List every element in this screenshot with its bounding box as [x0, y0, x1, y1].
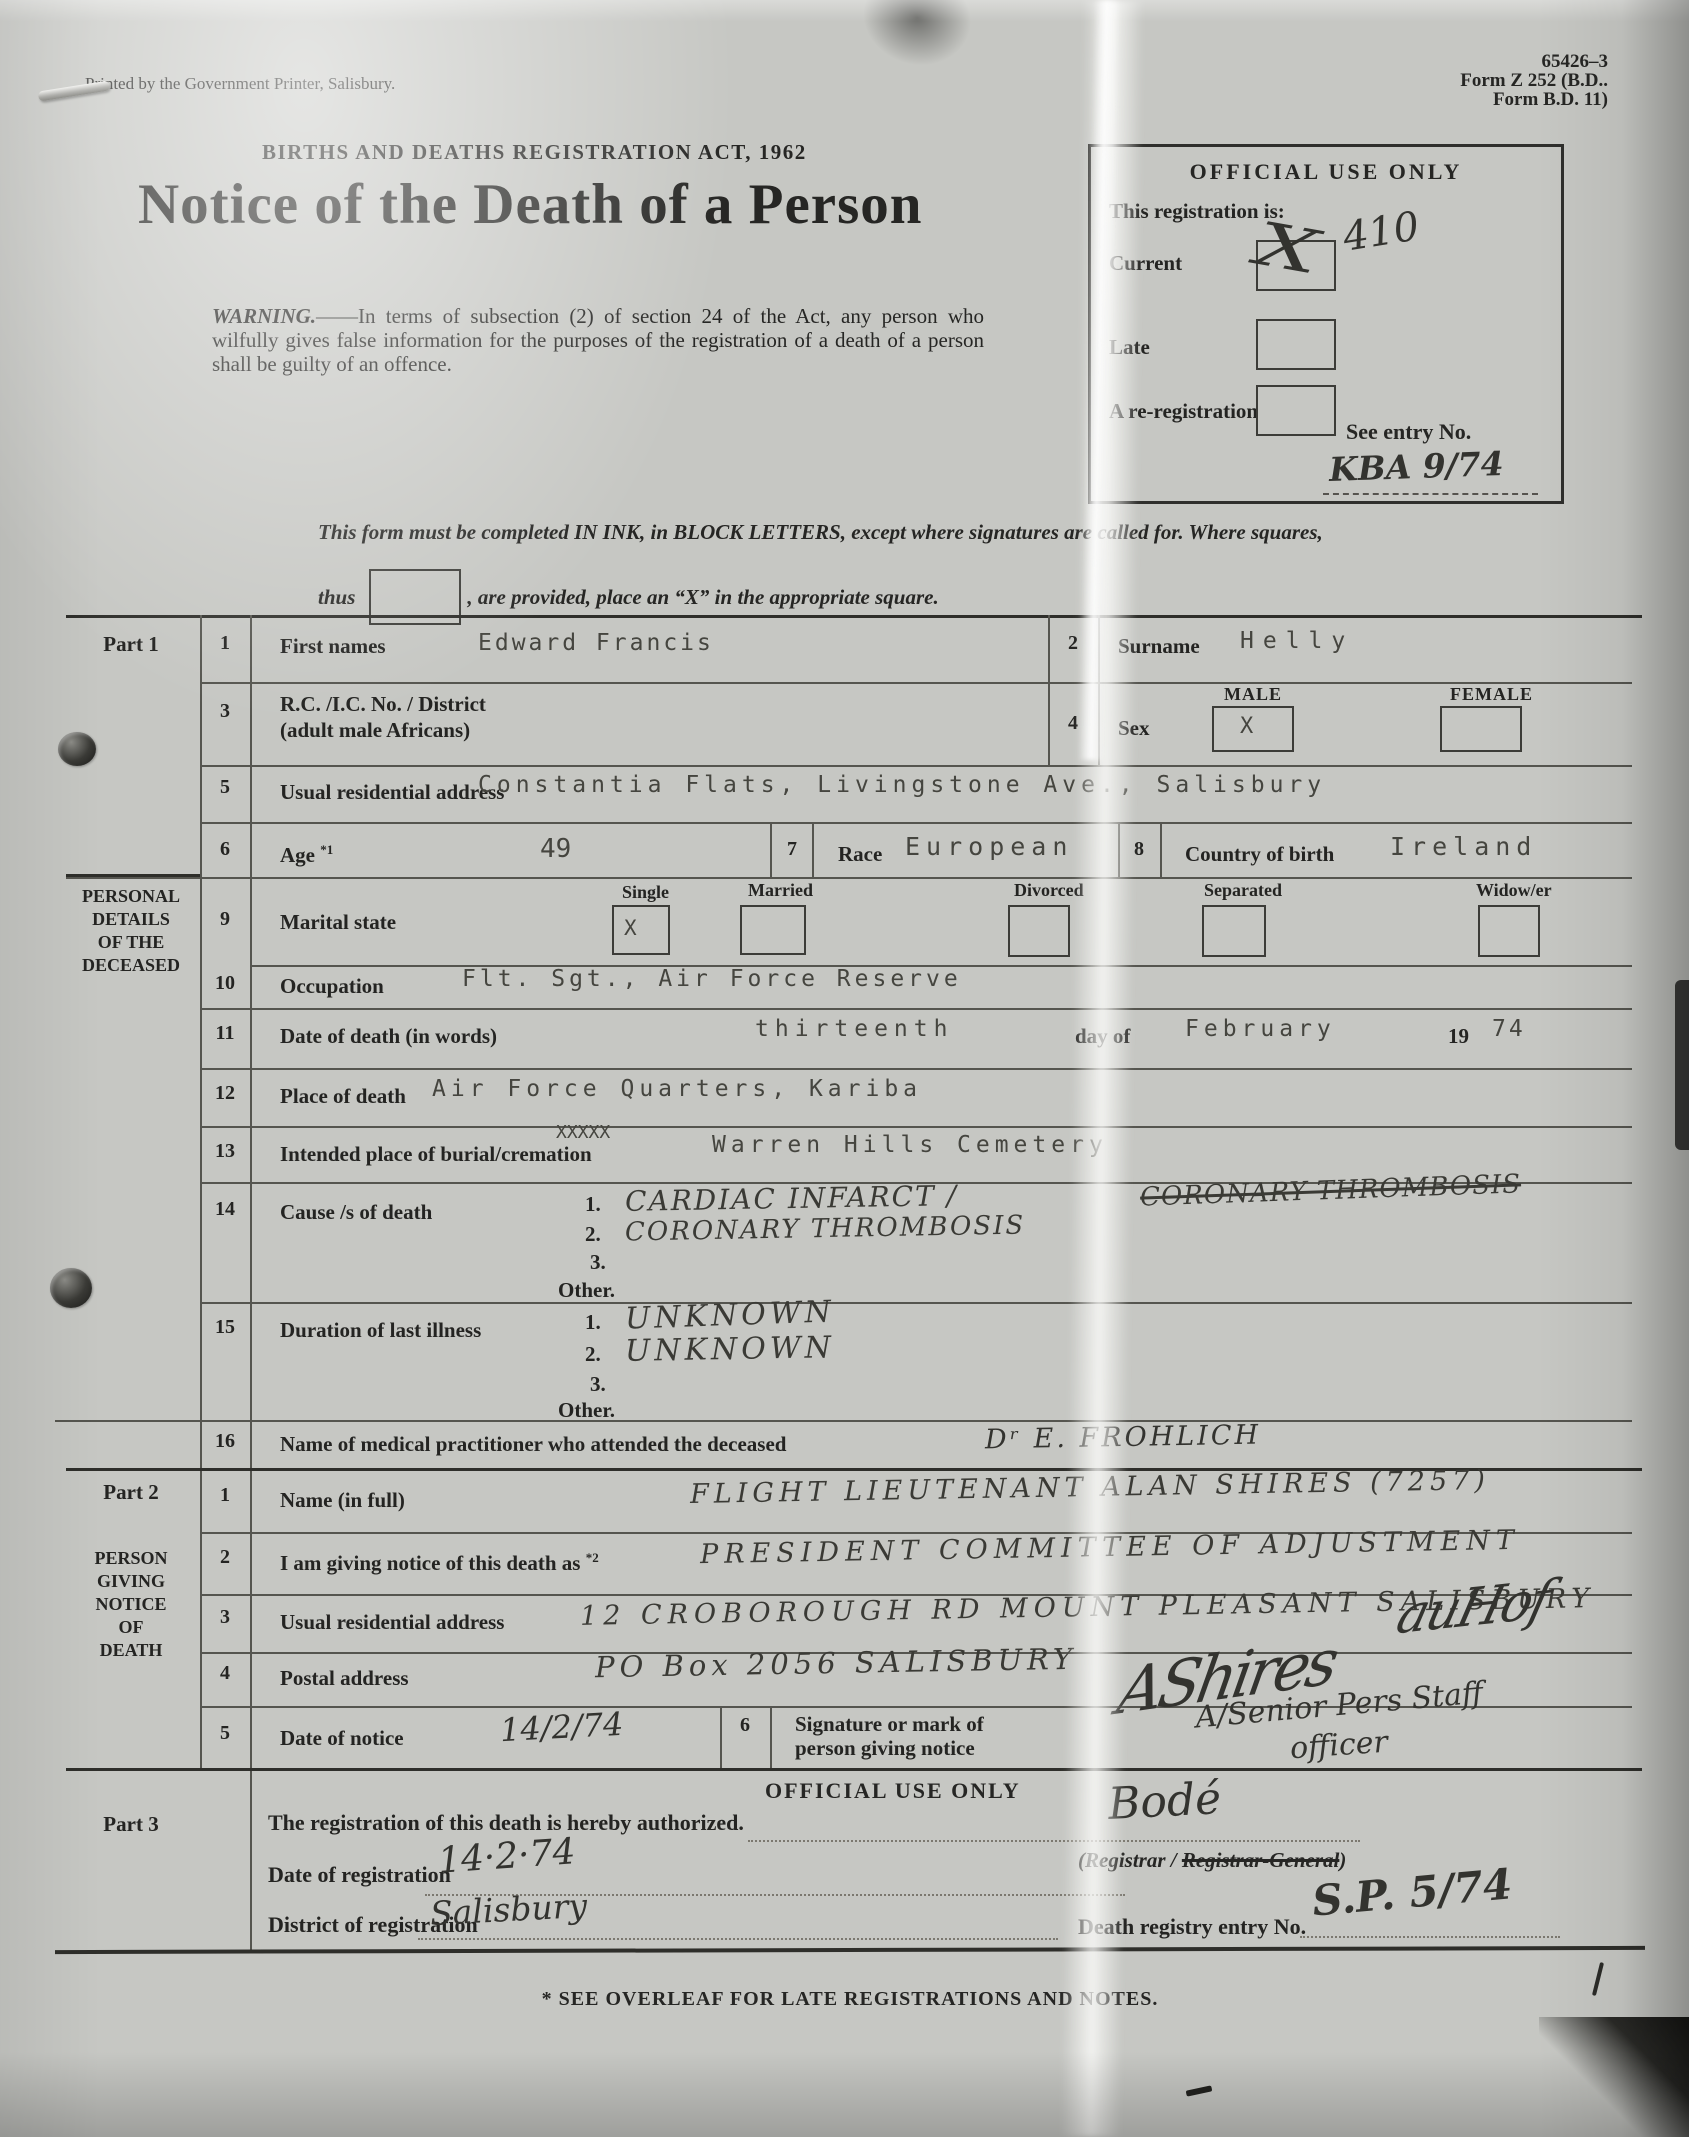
row-number: 6	[720, 1714, 770, 1737]
part1-section-label: OF THE	[62, 932, 200, 953]
pen-mark	[1592, 1962, 1604, 1996]
handwritten-number: 410	[1340, 203, 1423, 260]
notice-name-value[interactable]: FLIGHT LIEUTENANT ALAN SHIRES (7257)	[690, 1465, 1490, 1510]
signature-title-2: officer	[1289, 1725, 1389, 1767]
row-rule	[200, 1068, 1632, 1070]
printer-line: Printed by the Government Printer, Salis…	[85, 74, 395, 94]
row-number: 6	[200, 838, 250, 861]
registrar-caption-struck: Registrar-General	[1182, 1848, 1340, 1872]
female-label: FEMALE	[1450, 684, 1533, 705]
notice-name-label: Name (in full)	[280, 1488, 405, 1513]
row-number: 12	[200, 1082, 250, 1105]
widower-label: Widow/er	[1476, 880, 1552, 901]
row-rule	[55, 1420, 1632, 1422]
duration-item2-number: 2.	[585, 1342, 601, 1367]
date-of-death-label: Date of death (in words)	[280, 1024, 497, 1049]
table-top-rule	[66, 615, 1642, 618]
rc-ic-label-1: R.C. /I.C. No. / District	[280, 692, 486, 717]
official-use-title: OFFICIAL USE ONLY	[1091, 159, 1561, 185]
address-label: Usual residential address	[280, 780, 504, 805]
surname-label: Surname	[1118, 634, 1200, 659]
divorced-label: Divorced	[1014, 880, 1084, 901]
postal-address-value[interactable]: PO Box 2056 SALISBURY	[595, 1642, 1078, 1684]
notice-address-label: Usual residential address	[280, 1610, 504, 1635]
occupation-label: Occupation	[280, 974, 384, 999]
row-number: 11	[200, 1022, 250, 1045]
row-rule	[200, 1302, 1632, 1304]
duration-label: Duration of last illness	[280, 1318, 481, 1343]
entry-number-underline	[1323, 493, 1538, 495]
form-reference-block: 65426–3 Form Z 252 (B.D.. Form B.D. 11)	[1380, 52, 1608, 109]
second-signature: auHof	[1391, 1569, 1556, 1647]
cell-rule	[1098, 615, 1100, 765]
surname-value[interactable]: Helly	[1240, 628, 1354, 654]
row-number: 3	[200, 700, 250, 723]
see-entry-label: See entry No.	[1346, 419, 1471, 445]
row-rule	[200, 682, 1632, 684]
authorized-dotted-line	[748, 1840, 1360, 1842]
row-rule	[200, 1126, 1632, 1128]
cause-item2-value[interactable]: CORONARY THROMBOSIS	[625, 1211, 1026, 1248]
capacity-label: I am giving notice of this death as *2	[280, 1550, 599, 1576]
staple-mark	[38, 80, 111, 101]
date-of-death-month-value[interactable]: February	[1185, 1016, 1336, 1042]
age-label: Age *1	[280, 842, 333, 868]
row-number: 15	[200, 1316, 250, 1339]
occupation-value[interactable]: Flt. Sgt., Air Force Reserve	[462, 966, 962, 992]
cause-item1-struck-value: CORONARY THROMBOSIS	[1140, 1169, 1522, 1212]
form-ref-number: 65426–3	[1380, 52, 1608, 71]
registrar-caption-open: (Registrar /	[1078, 1848, 1177, 1872]
late-label: Late	[1109, 335, 1150, 360]
current-label: Current	[1109, 251, 1182, 276]
table-bottom-rule	[55, 1946, 1645, 1954]
cause-item1-number: 1.	[585, 1192, 601, 1217]
row-number: 5	[200, 776, 250, 799]
row-rule	[200, 1008, 1632, 1010]
registrar-caption: (Registrar / Registrar-General)	[1078, 1848, 1346, 1873]
registrar-signature[interactable]: Bodé	[1107, 1773, 1223, 1830]
row-rule	[200, 765, 1632, 767]
male-label: MALE	[1224, 684, 1282, 705]
row-number: 14	[200, 1198, 250, 1221]
race-value[interactable]: European	[905, 832, 1073, 861]
death-registry-entry-label: Death registry entry No.	[1078, 1914, 1306, 1940]
scan-edge-mark	[1675, 980, 1689, 1150]
capacity-label-text: I am giving notice of this death as	[280, 1551, 580, 1575]
reregistration-checkbox[interactable]	[1256, 385, 1336, 436]
section-rule-left	[66, 874, 200, 877]
part2-section-label: OF	[62, 1617, 200, 1638]
postal-address-label: Postal address	[280, 1666, 409, 1691]
race-label: Race	[838, 842, 882, 867]
age-footnote: *1	[320, 842, 333, 857]
part3-label: Part 3	[62, 1812, 200, 1837]
part1-section-label: PERSONAL	[62, 886, 200, 907]
year-19-label: 19	[1448, 1024, 1469, 1049]
place-of-death-value[interactable]: Air Force Quarters, Kariba	[432, 1076, 922, 1102]
instruction-thus: thus	[318, 585, 355, 610]
instruction-line2: , are provided, place an “X” in the appr…	[467, 585, 938, 610]
late-checkbox[interactable]	[1256, 319, 1336, 370]
hole-punch-bottom	[50, 1268, 92, 1308]
row-rule	[200, 822, 1632, 824]
part1-section-label: DECEASED	[62, 955, 200, 976]
signature-label-2: person giving notice	[795, 1736, 975, 1761]
part2-section-label: DEATH	[62, 1640, 200, 1661]
hole-punch-top	[58, 732, 96, 766]
rc-ic-label-2: (adult male Africans)	[280, 718, 470, 743]
number-column-rule	[250, 615, 252, 1952]
first-names-value[interactable]: Edward Francis	[478, 630, 714, 656]
part1-label: Part 1	[62, 632, 200, 657]
row-number: 2	[1048, 632, 1098, 655]
burial-value[interactable]: Warren Hills Cemetery	[712, 1132, 1108, 1158]
registration-is-label: This registration is:	[1109, 199, 1285, 224]
scanned-death-notice-form: Printed by the Government Printer, Salis…	[0, 0, 1689, 2137]
cell-rule	[770, 1706, 772, 1768]
single-checkbox[interactable]	[612, 905, 670, 955]
signature-label-1: Signature or mark of	[795, 1712, 984, 1737]
part1-section-label: DETAILS	[62, 909, 200, 930]
cause-item2-number: 2.	[585, 1222, 601, 1247]
registrar-caption-close: )	[1339, 1848, 1346, 1872]
row-rule	[66, 877, 1632, 879]
duration-other-label: Other.	[558, 1398, 615, 1423]
part3-top-rule	[66, 1768, 1642, 1771]
row-number: 7	[767, 838, 817, 861]
duration-item1-number: 1.	[585, 1310, 601, 1335]
single-label: Single	[622, 882, 669, 903]
address-value[interactable]: Constantia Flats, Livingstone Ave., Sali…	[478, 772, 1326, 798]
row-number: 1	[200, 632, 250, 655]
single-checkbox-mark: X	[624, 916, 637, 940]
row-number: 10	[200, 972, 250, 995]
divorced-checkbox[interactable]	[1008, 905, 1070, 957]
current-checkbox-mark: X	[1251, 209, 1324, 289]
row-number: 4	[1048, 712, 1098, 735]
scan-corner-dark	[1539, 2017, 1689, 2137]
form-number-2: Form B.D. 11)	[1380, 90, 1608, 109]
scan-shadow-top	[850, 0, 984, 80]
authorized-label: The registration of this death is hereby…	[268, 1810, 744, 1836]
duration-item2-value[interactable]: UNKNOWN	[625, 1330, 835, 1369]
date-of-notice-label: Date of notice	[280, 1726, 404, 1751]
country-of-birth-value[interactable]: Ireland	[1390, 832, 1537, 861]
female-checkbox[interactable]	[1440, 706, 1522, 752]
row-number: 5	[200, 1722, 250, 1745]
male-checkbox-mark: X	[1240, 714, 1253, 739]
district-dotted-line	[418, 1938, 1058, 1940]
act-title: BIRTHS AND DEATHS REGISTRATION ACT, 1962	[262, 140, 807, 165]
cause-item3-number: 3.	[590, 1250, 606, 1275]
date-of-death-day-value[interactable]: thirteenth	[755, 1016, 953, 1042]
widower-checkbox[interactable]	[1478, 905, 1540, 957]
warning-text: ——In terms of subsection (2) of section …	[212, 304, 984, 376]
row-number: 9	[200, 908, 250, 931]
row-number: 13	[200, 1140, 250, 1163]
place-of-death-label: Place of death	[280, 1084, 406, 1109]
district-of-registration-value[interactable]: Salisbury	[429, 1886, 588, 1933]
warning-lead: WARNING.	[212, 304, 316, 328]
row-number: 1	[200, 1484, 250, 1507]
married-checkbox[interactable]	[740, 905, 806, 955]
capacity-footnote: *2	[586, 1550, 599, 1565]
part3-official-title: OFFICIAL USE ONLY	[765, 1778, 1021, 1804]
practitioner-label: Name of medical practitioner who attende…	[280, 1432, 786, 1457]
warning-paragraph: WARNING.——In terms of subsection (2) of …	[212, 304, 984, 376]
age-label-text: Age	[280, 843, 315, 867]
date-of-notice-value[interactable]: 14/2/74	[499, 1705, 624, 1749]
official-use-box: OFFICIAL USE ONLY This registration is: …	[1088, 144, 1564, 504]
day-of-label: day of	[1075, 1024, 1130, 1049]
part2-section-label: PERSON	[62, 1548, 200, 1569]
age-value[interactable]: 49	[540, 834, 571, 864]
married-label: Married	[748, 880, 813, 901]
reregistration-label: A re-registration	[1109, 399, 1258, 424]
cause-other-label: Other.	[558, 1278, 615, 1303]
date-of-death-year-value[interactable]: 74	[1492, 1016, 1526, 1042]
pen-mark-bottom	[1186, 2085, 1213, 2096]
row-number: 2	[200, 1546, 250, 1569]
row-number: 4	[200, 1662, 250, 1685]
burial-overstrike: XXXXX	[556, 1122, 610, 1143]
part2-label: Part 2	[62, 1480, 200, 1505]
entry-dotted-line	[1300, 1936, 1560, 1938]
burial-label: Intended place of burial/cremation	[280, 1142, 592, 1167]
page-title: Notice of the Death of a Person	[138, 172, 922, 237]
footer-note: * SEE OVERLEAF FOR LATE REGISTRATIONS AN…	[370, 1988, 1330, 2011]
marital-state-label: Marital state	[280, 910, 396, 935]
first-names-label: First names	[280, 634, 386, 659]
row-number: 8	[1114, 838, 1164, 861]
country-of-birth-label: Country of birth	[1185, 842, 1334, 867]
sex-label: Sex	[1118, 716, 1150, 741]
practitioner-value[interactable]: Dʳ E. FROHLICH	[985, 1420, 1262, 1456]
part2-section-label: NOTICE	[62, 1594, 200, 1615]
cause-of-death-label: Cause /s of death	[280, 1200, 432, 1225]
part2-section-label: GIVING	[62, 1571, 200, 1592]
date-of-registration-value[interactable]: 14·2·74	[437, 1831, 577, 1881]
separated-label: Separated	[1204, 880, 1282, 901]
duration-item3-number: 3.	[590, 1372, 606, 1397]
row-number: 3	[200, 1606, 250, 1629]
entry-number-value: KBA 9/74	[1328, 444, 1504, 489]
separated-checkbox[interactable]	[1202, 905, 1266, 957]
date-of-registration-label: Date of registration	[268, 1862, 451, 1888]
row-number: 16	[200, 1430, 250, 1453]
instruction-line1: This form must be completed IN INK, in B…	[318, 520, 1323, 545]
form-number-1: Form Z 252 (B.D..	[1380, 71, 1608, 90]
